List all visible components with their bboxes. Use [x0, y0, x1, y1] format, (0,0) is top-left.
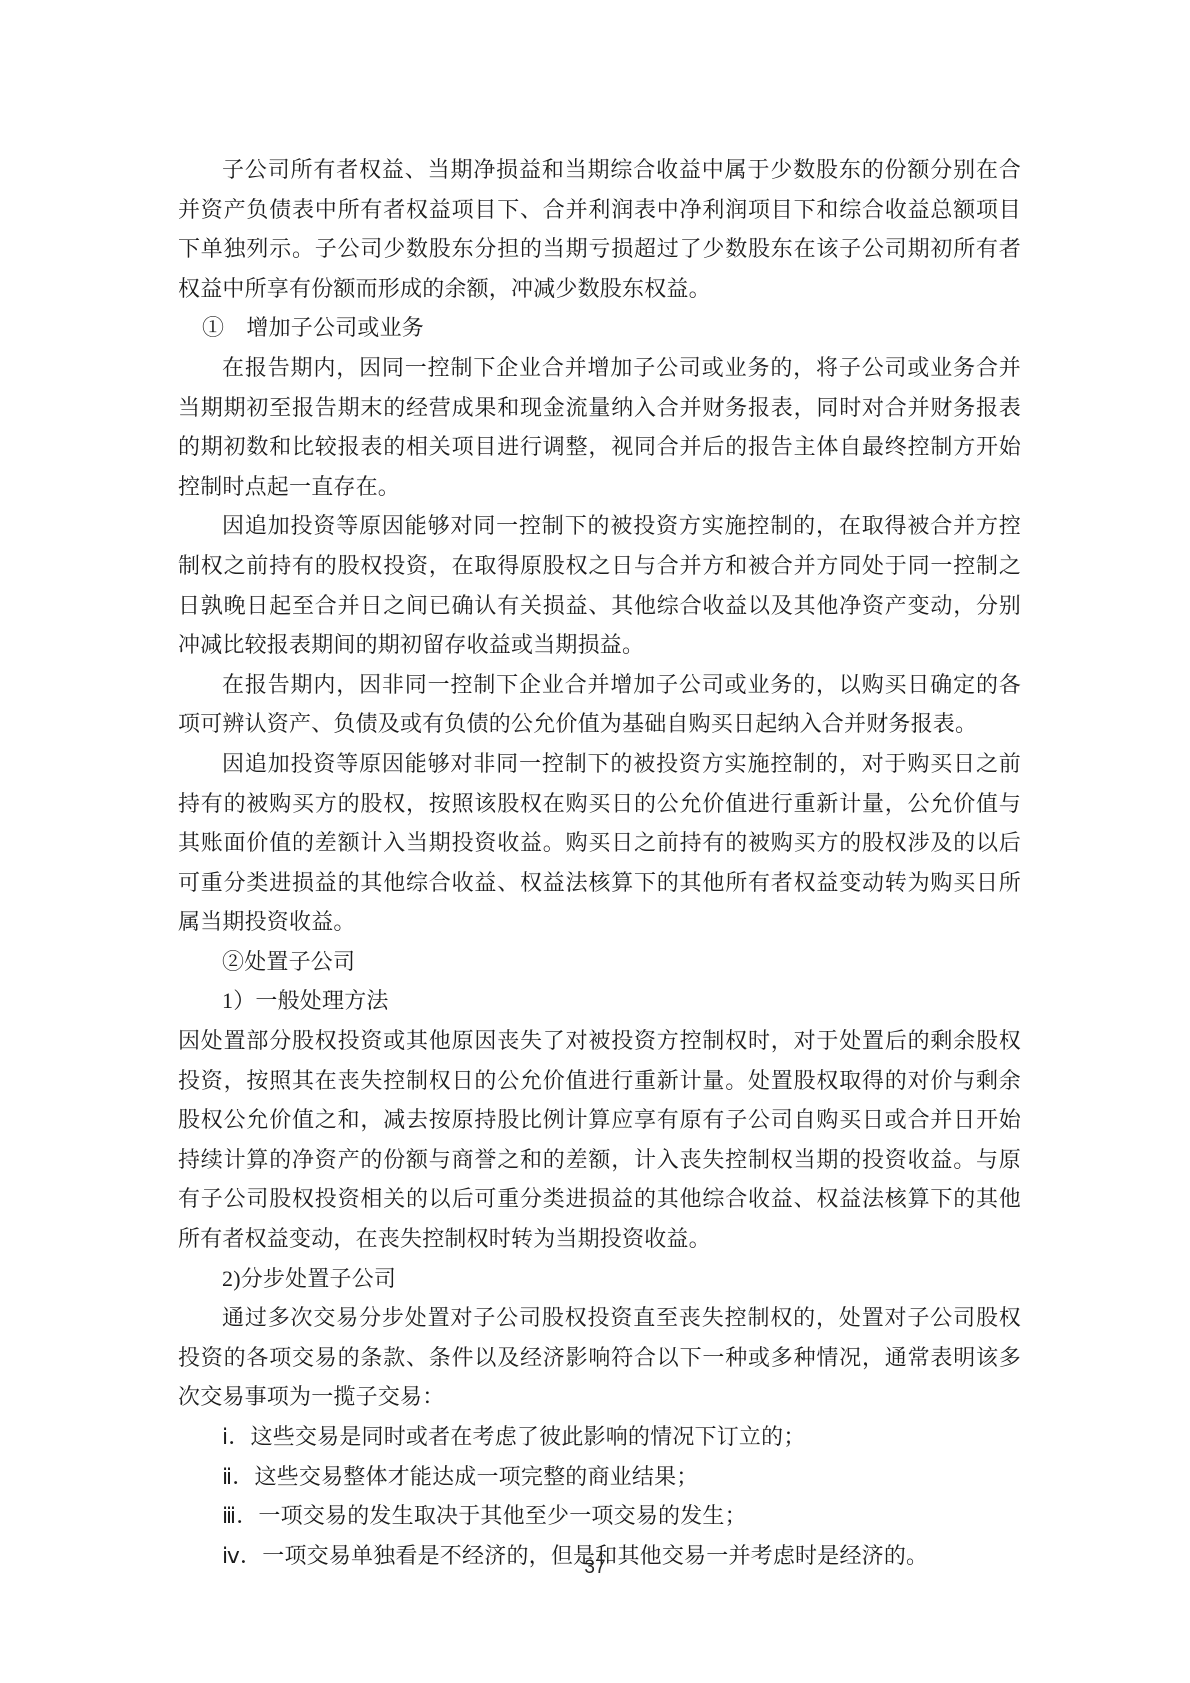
- page-number: 37: [0, 1557, 1190, 1579]
- paragraph-fair-value-remeasure: 因追加投资等原因能够对非同一控制下的被投资方实施控制的，对于购买日之前持有的被购…: [178, 744, 1021, 942]
- paragraph-additional-investment: 因追加投资等原因能够对同一控制下的被投资方实施控制的，在取得被合并方控制权之前持…: [178, 506, 1021, 664]
- paragraph-minority-interest: 子公司所有者权益、当期净损益和当期综合收益中属于少数股东的份额分别在合并资产负债…: [178, 150, 1021, 308]
- document-page: 子公司所有者权益、当期净损益和当期综合收益中属于少数股东的份额分别在合并资产负债…: [0, 0, 1190, 1683]
- list-item-ii: ⅱ．这些交易整体才能达成一项完整的商业结果；: [178, 1457, 1021, 1497]
- paragraph-non-same-control: 在报告期内，因非同一控制下企业合并增加子公司或业务的，以购买日确定的各项可辨认资…: [178, 665, 1021, 744]
- heading-dispose-subsidiary: ②处置子公司: [178, 942, 1021, 982]
- list-item-iii: ⅲ．一项交易的发生取决于其他至少一项交易的发生；: [178, 1496, 1021, 1536]
- document-body: 子公司所有者权益、当期净损益和当期综合收益中属于少数股东的份额分别在合并资产负债…: [178, 150, 1021, 1575]
- list-item-i: ⅰ．这些交易是同时或者在考虑了彼此影响的情况下订立的；: [178, 1417, 1021, 1457]
- paragraph-multiple-transactions: 通过多次交易分步处置对子公司股权投资直至丧失控制权的，处置对子公司股权投资的各项…: [178, 1298, 1021, 1417]
- heading-general-treatment: 1）一般处理方法: [178, 981, 1021, 1021]
- heading-stepwise-disposal: 2)分步处置子公司: [178, 1259, 1021, 1299]
- paragraph-same-control-merger: 在报告期内，因同一控制下企业合并增加子公司或业务的，将子公司或业务合并当期期初至…: [178, 348, 1021, 506]
- paragraph-loss-of-control: 因处置部分股权投资或其他原因丧失了对被投资方控制权时，对于处置后的剩余股权投资，…: [178, 1021, 1021, 1259]
- heading-add-subsidiary: ① 增加子公司或业务: [178, 308, 1021, 348]
